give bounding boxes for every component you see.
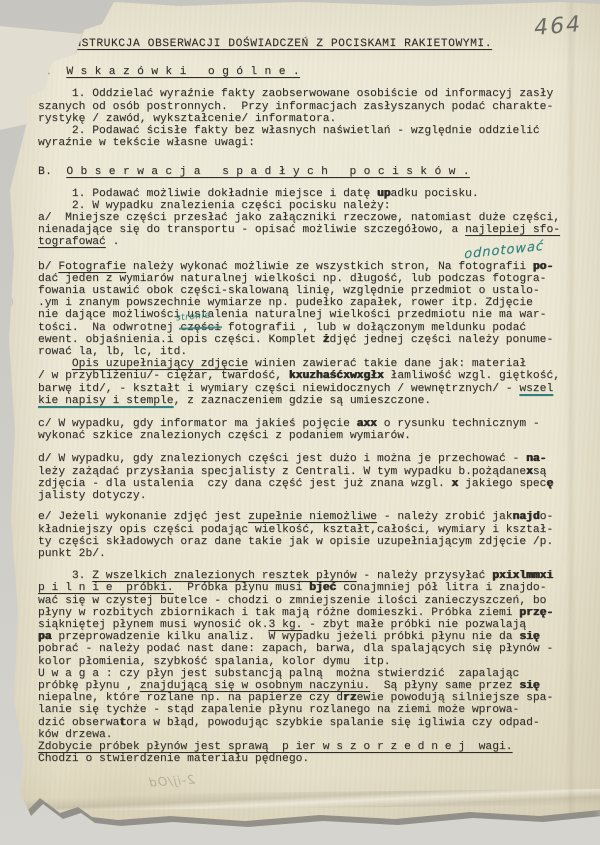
text-line: pa przeprowadzenie kilku analiz. W wypad…: [38, 631, 574, 643]
text-segment: tości. Na odwrotnej: [38, 322, 180, 334]
text-segment: dzić obserwa: [38, 717, 119, 729]
text-line: c/ W wypadku, gdy informator ma jakieś p…: [38, 418, 574, 430]
text-segment: ków drzewa.: [38, 729, 113, 741]
text-line: ewent. objaśnienia.i opis części. Komple…: [38, 334, 574, 346]
text-line: leży zażądać przysłania specjalisty z Ce…: [38, 466, 574, 478]
text-segment: a/ Mniejsze części przesłać jako załączn…: [38, 212, 560, 224]
section-e: e/ Jeżeli wykonanie zdjęć jest zupełnie …: [38, 511, 574, 560]
text-segment: są: [533, 466, 547, 478]
text-line: barwę itd/, - kształt i wymiary części n…: [38, 383, 574, 395]
section-b-intro: 1. Podawać możliwie dokładnie miejsce i …: [38, 188, 574, 249]
text-segment: c/ W wypadku, gdy informator ma jakieś p…: [38, 418, 357, 430]
text-segment: o rysunku technicznym -: [377, 418, 540, 430]
text-segment-b: x: [526, 466, 533, 478]
text-line: 2. Podawać ścisłe fakty bez własnych naś…: [38, 125, 574, 137]
document-body: INSTRUKCJA OBSERWACJI DOŚWIADCZEŃ Z POCI…: [38, 38, 574, 765]
text-segment: o-: [540, 511, 554, 523]
text-segment: Chodzi o stwierdzenie materiału pędnego.: [38, 753, 309, 765]
pencil-showthrough-mark: 2-ij/Od: [95, 773, 196, 794]
text-segment-u: p i l n i e próbki.: [38, 582, 174, 594]
text-segment: wyraźnie w tekście własne uwagi:: [38, 137, 255, 149]
text-segment: lanie się tychże - stąd zapalenie płynu …: [38, 704, 519, 716]
text-segment-u: tografować: [38, 236, 106, 248]
text-segment: U w a g a : czy płyn jest substancją pal…: [38, 668, 519, 680]
text-segment: fowania ustawić obok części-skalowaną li…: [38, 285, 540, 297]
text-segment: .ym i znanym powszechnie wymiarze np. pu…: [38, 297, 533, 309]
text-segment: 1. Podawać możliwie dokładnie miejsce i …: [38, 188, 377, 200]
text-segment: ora w błąd, powodując szybkie spalanie s…: [126, 717, 540, 729]
text-segment: szanych od osób postronnych. Przy inform…: [38, 101, 553, 113]
text-line: p i l n i e próbki. Próbka płynu musi bj…: [38, 582, 574, 594]
text-segment: kładniejszy opis części podając wielkość…: [38, 524, 553, 536]
fold-crease: [0, 789, 600, 811]
text-segment: - należy przysyłać: [357, 570, 493, 582]
text-segment-b: ę: [546, 478, 553, 490]
text-segment: kolor płomienia, szybkość spalania, kolo…: [38, 656, 391, 668]
text-line: lanie się tychże - stąd zapalenie płynu …: [38, 704, 574, 716]
text-line: B. O b s e r w a c j a s p a d ł y c h p…: [38, 166, 574, 178]
text-segment-b: pa: [38, 631, 52, 643]
text-segment: jalisty dotyczy.: [38, 490, 146, 502]
text-segment-b: najd: [513, 511, 540, 523]
text-segment-b: bjeć: [309, 582, 336, 594]
text-segment: - zbyt małe próbki nie pozwalają: [302, 619, 526, 631]
text-segment-tu: wszel: [519, 383, 553, 395]
text-line: dzić obserwatora w błąd, powodując szybk…: [38, 717, 574, 729]
text-segment: łamliwość wzgl. giętkość,: [384, 370, 560, 382]
text-segment-b: się: [519, 631, 539, 643]
text-segment: jakiego spec: [458, 478, 546, 490]
section-c: c/ W wypadku, gdy informator ma jakieś p…: [38, 418, 574, 442]
text-line: kie napisy i stemple, z zaznaczeniem gdz…: [38, 395, 574, 407]
text-line: fowania ustawić obok części-skalowaną li…: [38, 285, 574, 297]
text-segment: d/ W wypadku, gdy znalezionych części je…: [38, 453, 526, 465]
text-segment: 3.: [38, 570, 92, 582]
text-segment: pobrać - należy podać nast dane: zapach,…: [38, 643, 553, 655]
text-segment-u: O b s e r w a c j a s p a d ł y c h p o …: [66, 166, 470, 178]
text-line: 2. W wypadku znalezienia części pocisku …: [38, 200, 574, 212]
text-line: ty części składowych oraz dane takie jak…: [38, 536, 574, 548]
text-line: 3. Z wszelkich znalezionych resztek płyn…: [38, 570, 574, 582]
text-line: d/ W wypadku, gdy znalezionych części je…: [38, 453, 574, 465]
text-segment: b/: [38, 261, 58, 273]
text-segment-b: po-: [533, 261, 553, 273]
text-segment: Próbka płynu musi: [174, 582, 310, 594]
text-segment: / w przybliżeniu/- ciężar, twardość,: [38, 370, 289, 382]
text-segment-ts: częścistronie: [180, 322, 221, 334]
text-segment-tu: kie napisy i stemple: [38, 395, 174, 407]
text-segment: ewent. objaśnienia.i opis części. Komple…: [38, 334, 323, 346]
text-segment: punkt 2b/.: [38, 548, 106, 560]
scanned-document-page: INSTRUKCJA OBSERWACJI DOŚWIADCZEŃ Z POCI…: [0, 0, 600, 845]
text-line: ków drzewa.: [38, 729, 574, 741]
text-line: Zdobycie próbek płynów jest sprawą p ier…: [38, 741, 574, 753]
text-line: rystykę / zawód, wykształcenie/ informat…: [38, 113, 574, 125]
text-segment: , z zaznaczeniem gdzie są umieszczone.: [174, 395, 432, 407]
heading-section-a: A. W s k a z ó w k i o g ó l n e .: [38, 66, 574, 78]
text-segment-b: pxixlmmxi: [492, 570, 553, 582]
text-line: b/ Fotografie należy wykonać możliwie ze…: [38, 261, 574, 273]
text-segment: [38, 358, 72, 370]
text-segment: siąkniętej płynem musi wynosić ok.: [38, 619, 269, 631]
text-segment-b: up: [377, 188, 391, 200]
text-line: rować la, lb, lc, itd.: [38, 346, 574, 358]
text-segment: próbkę płynu ,: [38, 680, 140, 692]
text-line: nienadające się do transportu - opisać m…: [38, 224, 574, 236]
text-segment: rować la, lb, lc, itd.: [38, 346, 187, 358]
text-segment: zdjęcia - dla ustalenia czy dana część j…: [38, 478, 452, 490]
text-segment: wać się w czystej butelce - chodzi o zmn…: [38, 595, 546, 607]
text-segment-u: najlepiej sfo-: [465, 224, 560, 236]
text-line: dać jeden z wymiarów naturalnej wielkośc…: [38, 273, 574, 285]
text-line: wać się w czystej butelce - chodzi o zmn…: [38, 595, 574, 607]
text-segment: rystykę / zawód, wykształcenie/ informat…: [38, 113, 336, 125]
text-line: U w a g a : czy płyn jest substancją pal…: [38, 668, 574, 680]
text-segment: adku pocisku.: [391, 188, 479, 200]
text-segment: barwę itd/, - kształt i wymiary części n…: [38, 383, 519, 395]
text-segment-b: rz: [343, 692, 357, 704]
section-liquids: 3. Z wszelkich znalezionych resztek płyn…: [38, 570, 574, 765]
text-segment-u: Opis uzupełniający zdjęcie: [72, 358, 248, 370]
text-line: .ym i znanym powszechnie wymiarze np. pu…: [38, 297, 574, 309]
text-segment: przeprowadzenie kilku analiz. W wypadku …: [52, 631, 520, 643]
section-a-body: 1. Oddzielać wyraźnie fakty zaobserwowan…: [38, 88, 574, 149]
text-segment: 1. Oddzielać wyraźnie fakty zaobserwowan…: [38, 88, 553, 100]
text-segment-b: na-: [526, 453, 546, 465]
text-line: Chodzi o stwierdzenie materiału pędnego.: [38, 753, 574, 765]
text-segment-b: kxuzhaśćxwxgłx: [289, 370, 384, 382]
text-line: niepalne, które rozlane np. na papierze …: [38, 692, 574, 704]
text-segment-u: 3 kg.: [269, 619, 303, 631]
paper-edge-nick: [4, 296, 13, 308]
text-segment-u: INSTRUKCJA OBSERWACJI DOŚWIADCZEŃ Z POCI…: [67, 38, 492, 50]
text-line: zdjęcia - dla ustalenia czy dana część j…: [38, 478, 574, 490]
text-line: kładniejszy opis części podając wielkość…: [38, 524, 574, 536]
text-segment: B.: [38, 166, 66, 178]
text-segment: winien zawierać takie dane jak: materiał: [248, 358, 526, 370]
text-line: 1. Podawać możliwie dokładnie miejsce i …: [38, 188, 574, 200]
text-line: pobrać - należy podać nast dane: zapach,…: [38, 643, 574, 655]
text-line: szanych od osób postronnych. Przy inform…: [38, 101, 574, 113]
text-line: tości. Na odwrotnej częścistronie fotogr…: [38, 322, 574, 334]
text-line: INSTRUKCJA OBSERWACJI DOŚWIADCZEŃ Z POCI…: [38, 38, 574, 50]
text-line: a/ Mniejsze części przesłać jako załączn…: [38, 212, 574, 224]
text-line: 1. Oddzielać wyraźnie fakty zaobserwowan…: [38, 88, 574, 100]
text-line: próbkę płynu , znajdującą się w osobnym …: [38, 680, 574, 692]
text-segment: conajmniej pół litra i znajdo-: [336, 582, 546, 594]
text-segment: leży zażądać przysłania specjalisty z Ce…: [38, 466, 526, 478]
text-line: nie dające możliwości ustalenia naturaln…: [38, 309, 574, 321]
text-segment: ewie powodują silniejsze spa-: [357, 692, 554, 704]
text-line: wyraźnie w tekście własne uwagi:: [38, 137, 574, 149]
text-segment: wykonać szkice znalezionych części z pod…: [38, 430, 411, 442]
text-segment: należy wykonać możliwie ze wszystkich st…: [126, 261, 533, 273]
text-line: punkt 2b/.: [38, 548, 574, 560]
text-line: wykonać szkice znalezionych części z pod…: [38, 430, 574, 442]
heading-section-b: B. O b s e r w a c j a s p a d ł y c h p…: [38, 166, 574, 178]
text-segment: djęć jednej części należy ponume-: [330, 334, 554, 346]
text-segment-b: ż: [323, 334, 330, 346]
text-segment: płyny w rozbitych zbiornikach i tak mają…: [38, 607, 519, 619]
section-b-photography: b/ Fotografie należy wykonać możliwie ze…: [38, 261, 574, 407]
paper-sheet: INSTRUKCJA OBSERWACJI DOŚWIADCZEŃ Z POCI…: [0, 0, 600, 845]
text-line: / w przybliżeniu/- ciężar, twardość, kxu…: [38, 370, 574, 382]
text-segment-b: przę-: [519, 607, 553, 619]
text-segment-u: znajdującą się w osobnym naczyniu.: [140, 680, 371, 692]
text-segment: nie dające możliwości ustalenia naturaln…: [38, 309, 546, 321]
text-segment: fotografii , lub w dołączonym meldunku p…: [221, 322, 526, 334]
text-line: płyny w rozbitych zbiornikach i tak mają…: [38, 607, 574, 619]
text-segment: Są płyny same przez: [370, 680, 519, 692]
text-segment-b: axx: [357, 418, 377, 430]
text-segment-u: Fotografie: [58, 261, 126, 273]
handwritten-page-number: 464: [533, 12, 584, 42]
text-line: Opis uzupełniający zdjęcie winien zawier…: [38, 358, 574, 370]
text-segment: e/ Jeżeli wykonanie zdjęć jest: [38, 511, 248, 523]
text-segment-u: Zdobycie próbek płynów jest sprawą p ier…: [38, 741, 513, 753]
text-segment-b: się: [519, 680, 539, 692]
text-segment: nienadające się do transportu - opisać m…: [38, 224, 465, 236]
handwritten-correction: stronie: [176, 312, 211, 324]
text-line: A. W s k a z ó w k i o g ó l n e .: [38, 66, 574, 78]
text-segment-u: Z wszelkich znalezionych resztek płynów: [92, 570, 356, 582]
text-segment: 2. W wypadku znalezienia części pocisku …: [38, 200, 391, 212]
text-segment: niepalne, które rozlane np. na papierze …: [38, 692, 343, 704]
text-segment: .: [106, 236, 120, 248]
text-segment-u: zupełnie niemożliwe: [248, 511, 377, 523]
text-segment-u: W s k a z ó w k i o g ó l n e .: [66, 66, 300, 78]
text-segment: dać jeden z wymiarów naturalnej wielkośc…: [38, 273, 546, 285]
text-segment: - należy zrobić jak: [377, 511, 513, 523]
section-d: d/ W wypadku, gdy znalezionych części je…: [38, 453, 574, 502]
document-title: INSTRUKCJA OBSERWACJI DOŚWIADCZEŃ Z POCI…: [38, 38, 574, 50]
text-line: jalisty dotyczy.: [38, 490, 574, 502]
text-segment: ty części składowych oraz dane takie jak…: [38, 536, 553, 548]
text-line: kolor płomienia, szybkość spalania, kolo…: [38, 656, 574, 668]
text-line: siąkniętej płynem musi wynosić ok.3 kg. …: [38, 619, 574, 631]
text-segment: 2. Podawać ścisłe fakty bez własnych naś…: [38, 125, 540, 137]
text-line: e/ Jeżeli wykonanie zdjęć jest zupełnie …: [38, 511, 574, 523]
